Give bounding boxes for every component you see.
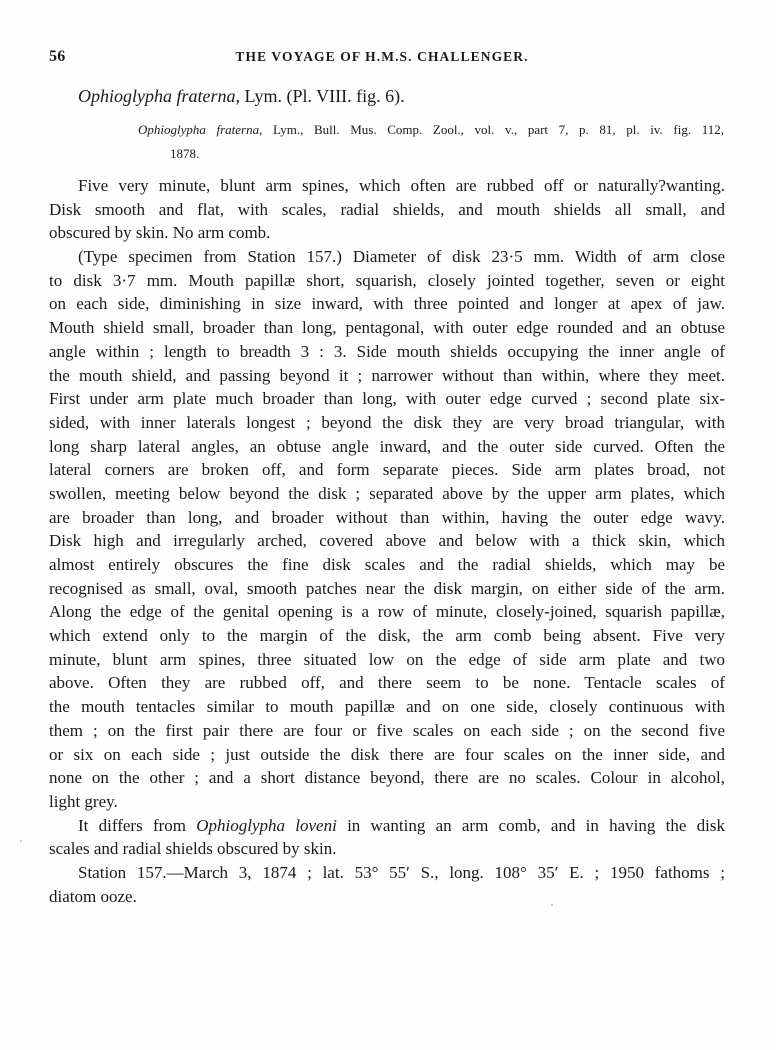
bibliographic-citation: Ophioglypha fraterna, Lym., Bull. Mus. C… bbox=[138, 121, 724, 168]
text-line: to disk 3·7 mm. Mouth papillæ short, squ… bbox=[49, 269, 725, 293]
text-line: Station 157.—March 3, 1874 ; lat. 53° 55… bbox=[49, 861, 725, 885]
text-line: Along the edge of the genital opening is… bbox=[49, 600, 725, 624]
text-line: light grey. bbox=[49, 790, 725, 814]
text-line: scales and radial shields obscured by sk… bbox=[49, 837, 725, 861]
species-name: Ophioglypha fraterna bbox=[78, 86, 236, 106]
text-line: above. Often they are rubbed off, and th… bbox=[49, 671, 725, 695]
text-line: sided, with inner laterals longest ; bey… bbox=[49, 411, 725, 435]
text-line: Five very minute, blunt arm spines, whic… bbox=[49, 174, 725, 198]
running-head: 56 THE VOYAGE OF H.M.S. CHALLENGER. bbox=[49, 48, 725, 68]
text-line: on each side, diminishing in size inward… bbox=[49, 292, 725, 316]
citation-species-name: Ophioglypha fraterna bbox=[138, 122, 259, 137]
text-line: minute, blunt arm spines, three situated… bbox=[49, 648, 725, 672]
text-line: lateral corners are broken off, and form… bbox=[49, 458, 725, 482]
text-line: which extend only to the margin of the d… bbox=[49, 624, 725, 648]
text-line: First under arm plate much broader than … bbox=[49, 387, 725, 411]
text-line: Disk high and irregularly arched, covere… bbox=[49, 529, 725, 553]
citation-line: Ophioglypha fraterna, Lym., Bull. Mus. C… bbox=[138, 121, 724, 145]
paragraph-station: Station 157.—March 3, 1874 ; lat. 53° 55… bbox=[49, 861, 725, 908]
text-line: almost entirely obscures the fine disk s… bbox=[49, 553, 725, 577]
text-line: (Type specimen from Station 157.) Diamet… bbox=[49, 245, 725, 269]
text-line: obscured by skin. No arm comb. bbox=[49, 221, 725, 245]
text-line: It differs from Ophioglypha loveni in wa… bbox=[49, 814, 725, 838]
text-line: Mouth shield small, broader than long, p… bbox=[49, 316, 725, 340]
page-number: 56 bbox=[49, 48, 66, 66]
running-head-title: THE VOYAGE OF H.M.S. CHALLENGER. bbox=[222, 49, 542, 65]
paragraph-comparison: It differs from Ophioglypha loveni in wa… bbox=[49, 814, 725, 861]
species-heading: Ophioglypha fraterna, Lym. (Pl. VIII. fi… bbox=[78, 86, 405, 107]
paragraph-spine-summary: Five very minute, blunt arm spines, whic… bbox=[49, 174, 725, 245]
text-line: swollen, meeting below beyond the disk ;… bbox=[49, 482, 725, 506]
scan-speck bbox=[551, 904, 553, 906]
body-text: Five very minute, blunt arm spines, whic… bbox=[49, 174, 725, 908]
citation-line-text: , Lym., Bull. Mus. Comp. Zool., vol. v.,… bbox=[259, 122, 724, 137]
citation-line: 1878. bbox=[138, 145, 724, 169]
text-line: or six on each side ; just outside the d… bbox=[49, 743, 725, 767]
text-line: none on the other ; and a short distance… bbox=[49, 766, 725, 790]
paragraph-description: (Type specimen from Station 157.) Diamet… bbox=[49, 245, 725, 814]
document-page: 56 THE VOYAGE OF H.M.S. CHALLENGER. Ophi… bbox=[0, 0, 776, 1050]
text-line: angle within ; length to breadth 3 : 3. … bbox=[49, 340, 725, 364]
text-line: long sharp lateral angles, an obtuse ang… bbox=[49, 435, 725, 459]
text-fragment: It differs from bbox=[78, 816, 196, 835]
scan-speck bbox=[20, 840, 22, 842]
text-line: the mouth shield, and passing beyond it … bbox=[49, 364, 725, 388]
text-line: diatom ooze. bbox=[49, 885, 725, 909]
text-fragment: in wanting an arm comb, and in having th… bbox=[337, 816, 725, 835]
text-line: them ; on the first pair there are four … bbox=[49, 719, 725, 743]
scan-speck bbox=[186, 238, 188, 240]
text-line: are broader than long, and broader witho… bbox=[49, 506, 725, 530]
text-line: recognised as small, oval, smooth patche… bbox=[49, 577, 725, 601]
species-heading-rest: , Lym. (Pl. VIII. fig. 6). bbox=[236, 86, 405, 106]
compared-species-name: Ophioglypha loveni bbox=[196, 816, 337, 835]
text-line: the mouth tentacles similar to mouth pap… bbox=[49, 695, 725, 719]
text-line: Disk smooth and flat, with scales, radia… bbox=[49, 198, 725, 222]
